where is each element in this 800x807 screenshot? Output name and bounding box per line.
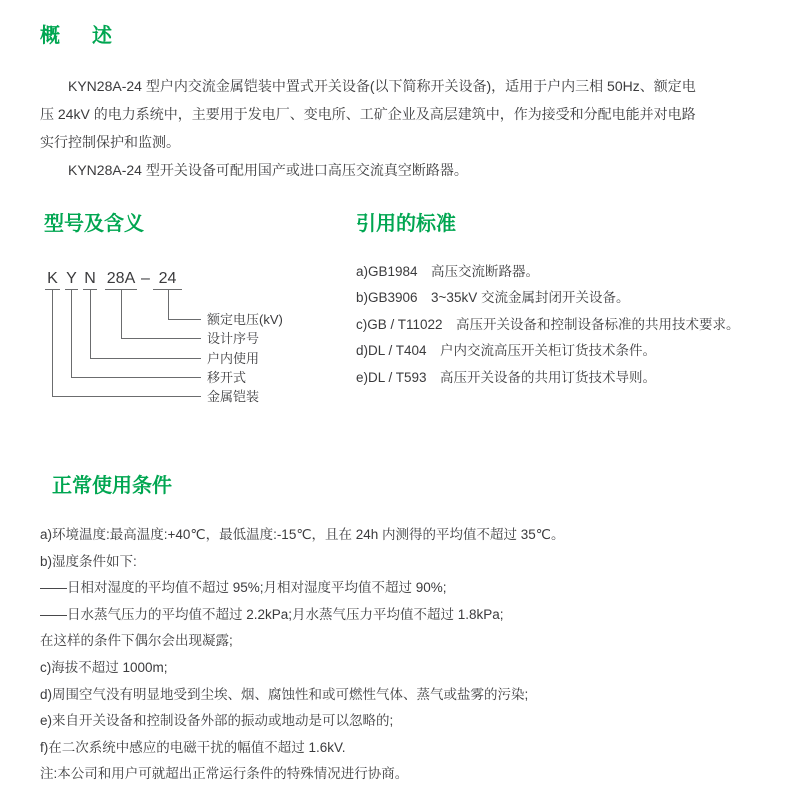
connector-line [121, 290, 122, 338]
connector-line [121, 338, 201, 339]
standard-item: e)DL / T593 高压开关设备的共用订货技术导则。 [356, 365, 786, 391]
standard-item: a)GB1984 高压交流断路器。 [356, 259, 786, 285]
overview-title: 概 述 [40, 24, 118, 48]
standard-item: b)GB3906 3~35kV 交流金属封闭开关设备。 [356, 285, 786, 311]
model-label-metal-clad: 金属铠装 [207, 389, 259, 404]
condition-item: e)来自开关设备和控制设备外部的振动或地动是可以忽略的; [40, 708, 740, 735]
model-section-title: 型号及含义 [44, 212, 144, 236]
condition-item: b)湿度条件如下: [40, 549, 740, 576]
model-code-segment-voltage: 24 [153, 269, 182, 290]
condition-item: c)海拔不超过 1000m; [40, 655, 740, 682]
model-code-dash: – [141, 269, 150, 289]
model-label-indoor: 户内使用 [207, 351, 259, 366]
condition-item: ——日水蒸气压力的平均值不超过 2.2kPa;月水蒸气压力平均值不超过 1.8k… [40, 602, 740, 629]
condition-item: f)在二次系统中感应的电磁干扰的幅值不超过 1.6kV. [40, 735, 740, 762]
connector-line [168, 319, 201, 320]
standards-section-title: 引用的标准 [356, 212, 456, 236]
connector-line [52, 290, 53, 396]
overview-paragraph: KYN28A-24 型开关设备可配用国产或进口高压交流真空断路器。 [40, 156, 708, 184]
model-label-series: 设计序号 [207, 331, 259, 346]
overview-paragraph: KYN28A-24 型户内交流金属铠装中置式开关设备(以下简称开关设备)，适用于… [40, 72, 708, 156]
standards-list: a)GB1984 高压交流断路器。 b)GB3906 3~35kV 交流金属封闭… [356, 259, 786, 391]
standard-item: d)DL / T404 户内交流高压开关柜订货技术条件。 [356, 338, 786, 364]
conditions-list: a)环境温度:最高温度:+40℃，最低温度:-15℃，且在 24h 内测得的平均… [40, 522, 740, 788]
connector-line [71, 290, 72, 377]
standard-item: c)GB / T11022 高压开关设备和控制设备标准的共用技术要求。 [356, 312, 786, 338]
condition-item: d)周围空气没有明显地受到尘埃、烟、腐蚀性和或可燃性气体、蒸气或盐雾的污染; [40, 682, 740, 709]
model-code-segment-series: 28A [105, 269, 137, 290]
conditions-section-title: 正常使用条件 [52, 474, 172, 498]
model-label-withdrawable: 移开式 [207, 370, 246, 385]
model-code-segment-y: Y [65, 269, 78, 290]
condition-item: 注:本公司和用户可就超出正常运行条件的特殊情况进行协商。 [40, 761, 740, 788]
condition-item: ——日相对湿度的平均值不超过 95%;月相对湿度平均值不超过 90%; [40, 575, 740, 602]
overview-paragraphs: KYN28A-24 型户内交流金属铠装中置式开关设备(以下简称开关设备)，适用于… [40, 72, 708, 184]
connector-line [90, 358, 201, 359]
connector-line [52, 396, 201, 397]
model-code-segment-n: N [83, 269, 97, 290]
connector-line [168, 290, 169, 319]
model-label-voltage: 额定电压(kV) [207, 312, 283, 327]
connector-line [71, 377, 201, 378]
condition-item: a)环境温度:最高温度:+40℃，最低温度:-15℃，且在 24h 内测得的平均… [40, 522, 740, 549]
model-code-segment-k: K [45, 269, 60, 290]
connector-line [90, 290, 91, 358]
condition-item: 在这样的条件下偶尔会出现凝露; [40, 628, 740, 655]
